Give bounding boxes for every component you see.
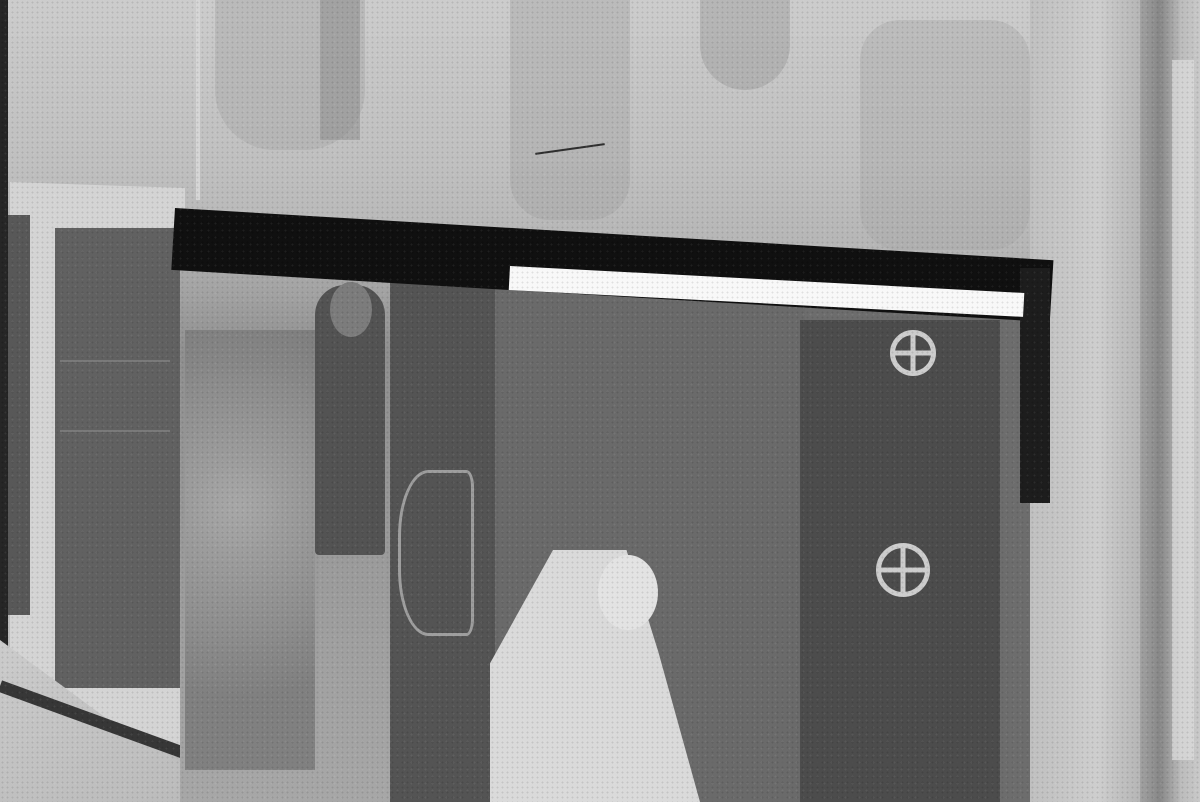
window-pane [55,228,185,688]
pole-highlight [1172,60,1194,760]
man-head [330,282,372,337]
faded-figure [860,20,1030,250]
chair [398,470,474,636]
faded-figure [510,0,630,220]
foliage [185,330,315,770]
pane-reflection [60,430,170,432]
window-pane [8,215,30,615]
photograph [0,0,1200,802]
faded-figure [700,0,790,90]
white-figure-head [598,555,658,630]
image-border [0,0,8,700]
wheel-emblem-icon [890,330,936,376]
pane-reflection [60,360,170,362]
wheel-emblem-icon [876,543,930,597]
faded-figure [320,0,360,140]
tape-strip-end [1020,268,1050,503]
poster-seam [196,0,200,200]
